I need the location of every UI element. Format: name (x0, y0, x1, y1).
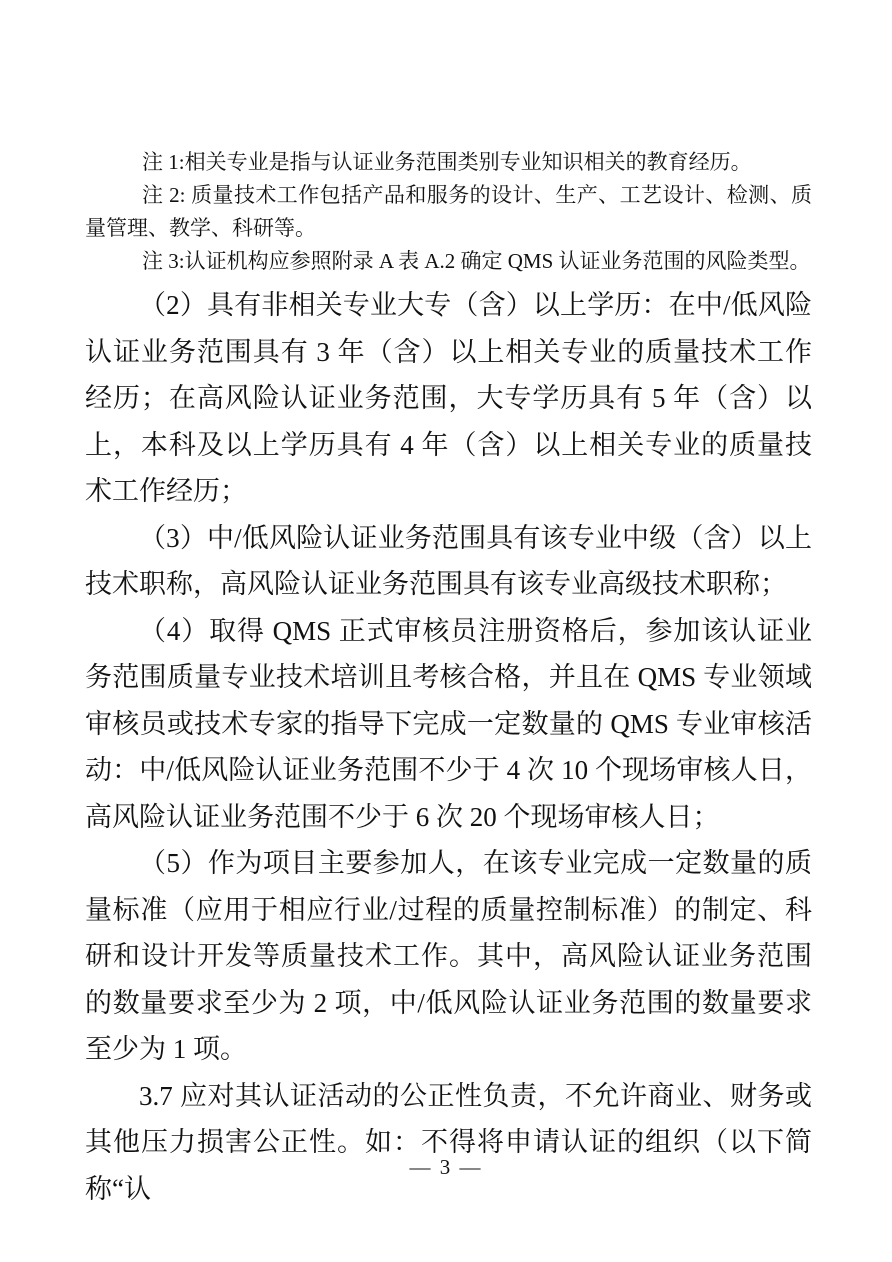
document-page: 注 1:相关专业是指与认证业务范围类别专业知识相关的教育经历。 注 2: 质量技… (0, 0, 892, 1262)
page-content: 注 1:相关专业是指与认证业务范围类别专业知识相关的教育经历。 注 2: 质量技… (85, 146, 812, 1212)
body-block: （2）具有非相关专业大专（含）以上学历：在中/低风险认证业务范围具有 3 年（含… (85, 282, 812, 1212)
body-paragraph-item-4: （4）取得 QMS 正式审核员注册资格后，参加该认证业务范围质量专业技术培训且考… (85, 608, 812, 841)
body-paragraph-item-2: （2）具有非相关专业大专（含）以上学历：在中/低风险认证业务范围具有 3 年（含… (85, 282, 812, 515)
page-footer: — 3 — (0, 1152, 892, 1182)
body-paragraph-item-3: （3）中/低风险认证业务范围具有该专业中级（含）以上技术职称，高风险认证业务范围… (85, 515, 812, 608)
body-paragraph-clause-3-7: 3.7 应对其认证活动的公正性负责，不允许商业、财务或其他压力损害公正性。如：不… (85, 1073, 812, 1213)
note-line-2: 注 2: 质量技术工作包括产品和服务的设计、生产、工艺设计、检测、质量管理、教学… (85, 179, 812, 245)
note-line-3: 注 3:认证机构应参照附录 A 表 A.2 确定 QMS 认证业务范围的风险类型… (85, 245, 812, 278)
notes-block: 注 1:相关专业是指与认证业务范围类别专业知识相关的教育经历。 注 2: 质量技… (85, 146, 812, 278)
note-line-1: 注 1:相关专业是指与认证业务范围类别专业知识相关的教育经历。 (85, 146, 812, 179)
page-number: — 3 — (410, 1155, 483, 1179)
body-paragraph-item-5: （5）作为项目主要参加人，在该专业完成一定数量的质量标准（应用于相应行业/过程的… (85, 840, 812, 1073)
